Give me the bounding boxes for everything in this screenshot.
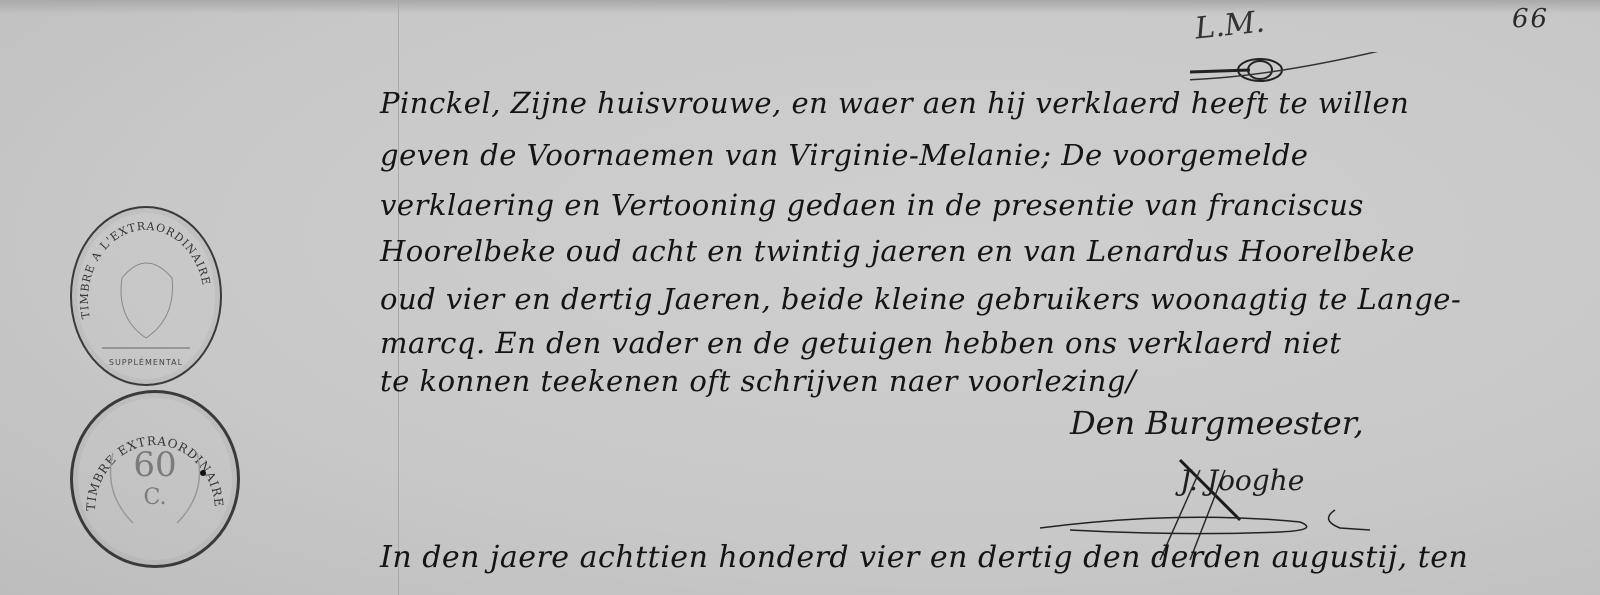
- stamp-bottom-text: SUPPLÉMENTAL: [72, 358, 220, 367]
- record-line-7: te konnen teekenen oft schrijven naer vo…: [380, 364, 1136, 398]
- record-line-5: oud vier en dertig Jaeren, beide kleine …: [380, 282, 1461, 316]
- stamp-unit: C.: [73, 485, 237, 510]
- revenue-stamp-supplemental: TIMBRE A L'EXTRAORDINAIRE SUPPLÉMENTAL: [70, 206, 222, 386]
- page-number: 66: [1512, 4, 1549, 34]
- record-line-3: verklaering en Vertooning gedaen in de p…: [380, 188, 1364, 222]
- revenue-stamp-60c: TIMBRE EXTRAORDINAIRE 60 C.: [70, 390, 240, 568]
- record-line-1: Pinckel, Zijne huisvrouwe, en waer aen h…: [380, 86, 1409, 120]
- svg-text:TIMBRE A L'EXTRAORDINAIRE: TIMBRE A L'EXTRAORDINAIRE: [78, 220, 213, 320]
- next-entry-line: In den jaere achttien honderd vier en de…: [380, 540, 1468, 575]
- mayor-signature: J. Jooghe: [1180, 464, 1304, 497]
- margin-annotation: L.M.: [1193, 4, 1266, 46]
- record-line-6: marcq. En den vader en de getuigen hebbe…: [380, 326, 1341, 360]
- record-line-4: Hoorelbeke oud acht en twintig jaeren en…: [380, 234, 1415, 268]
- scanned-register-page: 66 L.M. Pinckel, Zijne huisvrouwe, en wa…: [0, 0, 1600, 595]
- mayor-title: Den Burgmeester,: [1070, 404, 1364, 442]
- record-line-2: geven de Voornaemen van Virginie-Melanie…: [380, 138, 1308, 172]
- stamp-value: 60: [73, 445, 237, 485]
- scan-edge-shadow: [0, 0, 1600, 14]
